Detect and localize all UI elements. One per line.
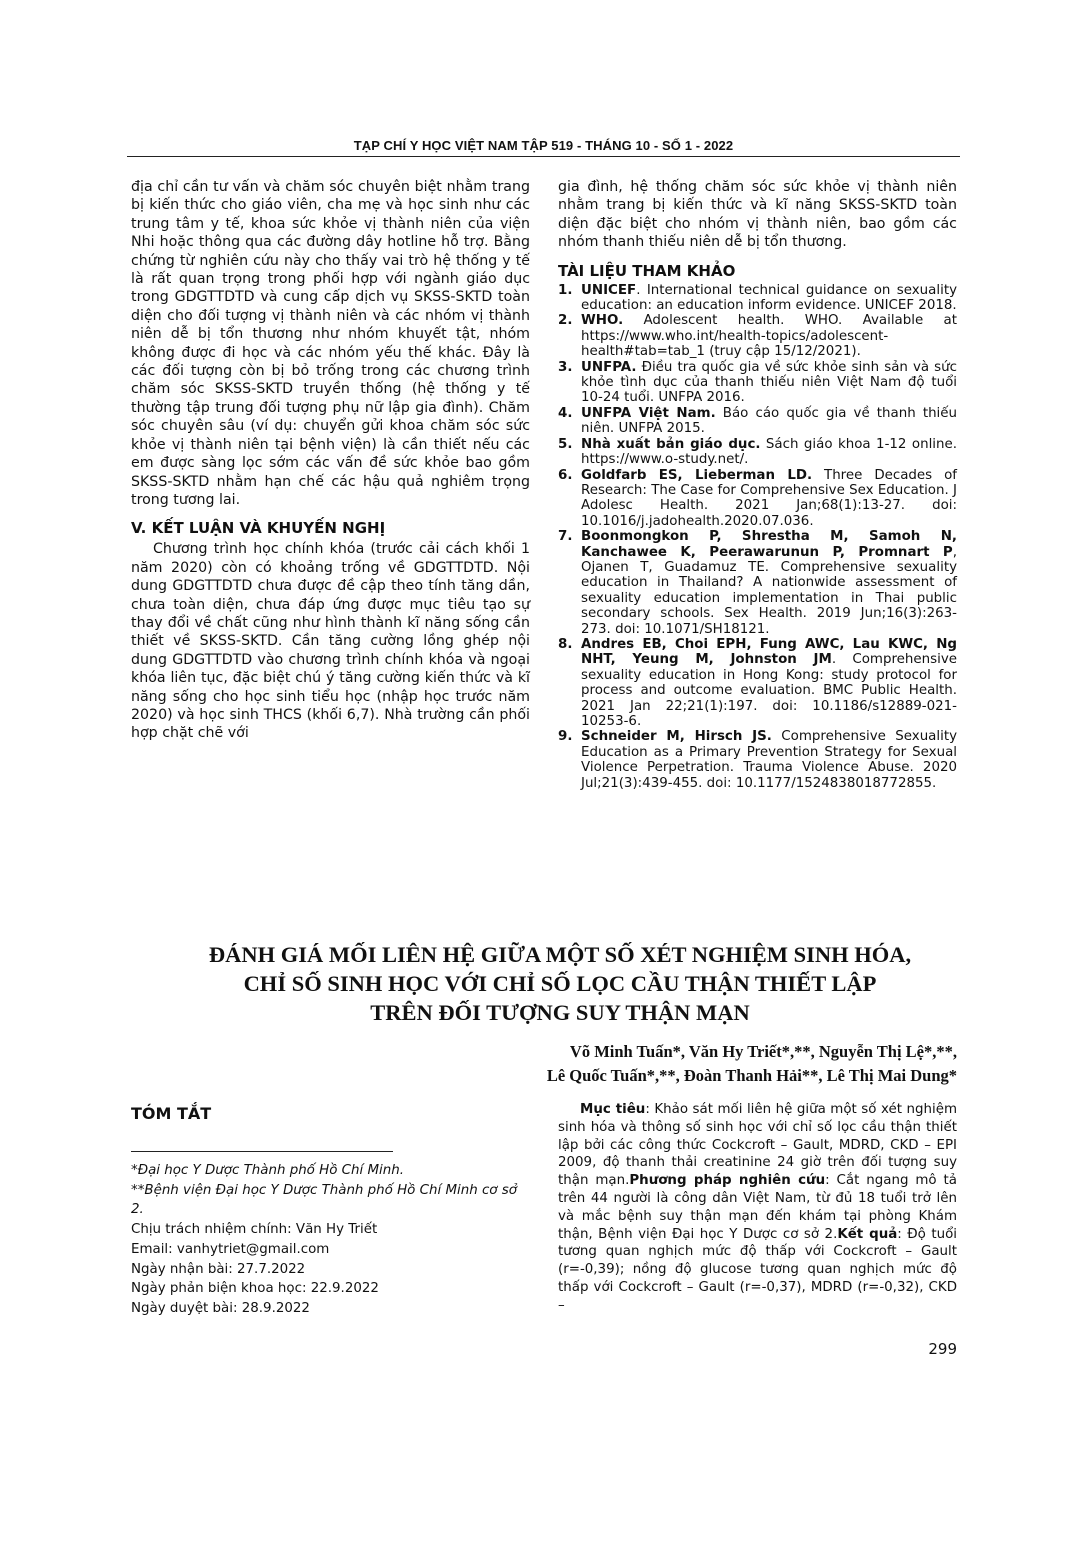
reference-authors: WHO. [581, 313, 623, 328]
left-paragraph-2: Chương trình học chính khóa (trước cải c… [131, 540, 530, 742]
reference-text: Adolescent health. WHO. Available at htt… [581, 313, 957, 359]
section-heading-conclusion: V. KẾT LUẬN VÀ KHUYẾN NGHỊ [131, 519, 530, 538]
reference-number: 2. [558, 313, 572, 328]
reference-item: 6.Goldfarb ES, Lieberman LD. Three Decad… [558, 468, 957, 530]
left-paragraph-1: địa chỉ cần tư vấn và chăm sóc chuyên bi… [131, 178, 530, 509]
reference-authors: Schneider M, Hirsch JS. [581, 729, 772, 744]
footnotes: *Đại học Y Dược Thành phố Hồ Chí Minh. *… [131, 1161, 531, 1319]
reference-item: 2.WHO. Adolescent health. WHO. Available… [558, 313, 957, 359]
affiliation-1: *Đại học Y Dược Thành phố Hồ Chí Minh. [131, 1161, 531, 1181]
author-line: Lê Quốc Tuấn*,**, Đoàn Thanh Hải**, Lê T… [400, 1064, 957, 1088]
reference-item: 3.UNFPA. Điều tra quốc gia về sức khỏe s… [558, 360, 957, 406]
affiliation-2: **Bệnh viện Đại học Y Dược Thành phố Hồ … [131, 1181, 531, 1220]
author-list: Võ Minh Tuấn*, Văn Hy Triết*,**, Nguyễn … [400, 1040, 957, 1088]
reference-number: 4. [558, 406, 572, 421]
reference-authors: UNFPA. [581, 360, 637, 375]
date-received: Ngày nhận bài: 27.7.2022 [131, 1260, 531, 1280]
abstract-paragraph: Mục tiêu: Khảo sát mối liên hệ giữa một … [558, 1101, 957, 1315]
reference-number: 6. [558, 468, 572, 483]
running-head: TẠP CHÍ Y HỌC VIỆT NAM TẬP 519 - THÁNG 1… [127, 138, 960, 153]
abstract: Mục tiêu: Khảo sát mối liên hệ giữa một … [558, 1101, 957, 1315]
reference-item: 4.UNFPA Việt Nam. Báo cáo quốc gia về th… [558, 406, 957, 437]
summary-heading: TÓM TẮT [131, 1104, 211, 1123]
title-line: CHỈ SỐ SINH HỌC VỚI CHỈ SỐ LỌC CẦU THẬN … [150, 969, 970, 998]
reference-authors: Boonmongkon P, Shrestha M, Samoh N, Kanc… [581, 529, 957, 559]
reference-authors: Nhà xuất bản giáo dục. [581, 437, 760, 452]
methods-label: Phương pháp nghiên cứu [629, 1173, 825, 1188]
reference-number: 5. [558, 437, 572, 452]
reference-number: 3. [558, 360, 572, 375]
reference-list: 1.UNICEF. International technical guidan… [558, 283, 957, 791]
reference-authors: UNICEF [581, 283, 636, 298]
reference-authors: Goldfarb ES, Lieberman LD. [581, 468, 812, 483]
reference-text: . International technical guidance on se… [581, 283, 957, 313]
reference-number: 1. [558, 283, 572, 298]
date-accepted: Ngày duyệt bài: 28.9.2022 [131, 1299, 531, 1319]
right-paragraph-1: gia đình, hệ thống chăm sóc sức khỏe vị … [558, 178, 957, 252]
article-title: ĐÁNH GIÁ MỐI LIÊN HỆ GIỮA MỘT SỐ XÉT NGH… [150, 940, 970, 1027]
title-line: ĐÁNH GIÁ MỐI LIÊN HỆ GIỮA MỘT SỐ XÉT NGH… [150, 940, 970, 969]
title-line: TRÊN ĐỐI TƯỢNG SUY THẬN MẠN [150, 998, 970, 1027]
author-line: Võ Minh Tuấn*, Văn Hy Triết*,**, Nguyễn … [400, 1040, 957, 1064]
objective-label: Mục tiêu [580, 1102, 645, 1117]
reference-number: 8. [558, 637, 572, 652]
corresponding-author: Chịu trách nhiệm chính: Văn Hy Triết [131, 1220, 531, 1240]
reference-item: 9.Schneider M, Hirsch JS. Comprehensive … [558, 729, 957, 791]
left-column: địa chỉ cần tư vấn và chăm sóc chuyên bi… [131, 178, 530, 743]
right-column: gia đình, hệ thống chăm sóc sức khỏe vị … [558, 178, 957, 791]
reference-item: 1.UNICEF. International technical guidan… [558, 283, 957, 314]
references-heading: TÀI LIỆU THAM KHẢO [558, 262, 957, 281]
reference-item: 7.Boonmongkon P, Shrestha M, Samoh N, Ka… [558, 529, 957, 637]
email: Email: vanhytriet@gmail.com [131, 1240, 531, 1260]
reference-text: Điều tra quốc gia về sức khỏe sinh sản v… [581, 360, 957, 406]
page-number: 299 [900, 1340, 957, 1358]
date-reviewed: Ngày phản biện khoa học: 22.9.2022 [131, 1279, 531, 1299]
header-rule [127, 156, 960, 157]
results-label: Kết quả [837, 1227, 897, 1242]
reference-item: 8.Andres EB, Choi EPH, Fung AWC, Lau KWC… [558, 637, 957, 729]
reference-item: 5.Nhà xuất bản giáo dục. Sách giáo khoa … [558, 437, 957, 468]
reference-number: 9. [558, 729, 572, 744]
reference-authors: UNFPA Việt Nam. [581, 406, 716, 421]
journal-page: TẠP CHÍ Y HỌC VIỆT NAM TẬP 519 - THÁNG 1… [0, 0, 1090, 1541]
footnote-rule [131, 1151, 393, 1152]
reference-number: 7. [558, 529, 572, 544]
